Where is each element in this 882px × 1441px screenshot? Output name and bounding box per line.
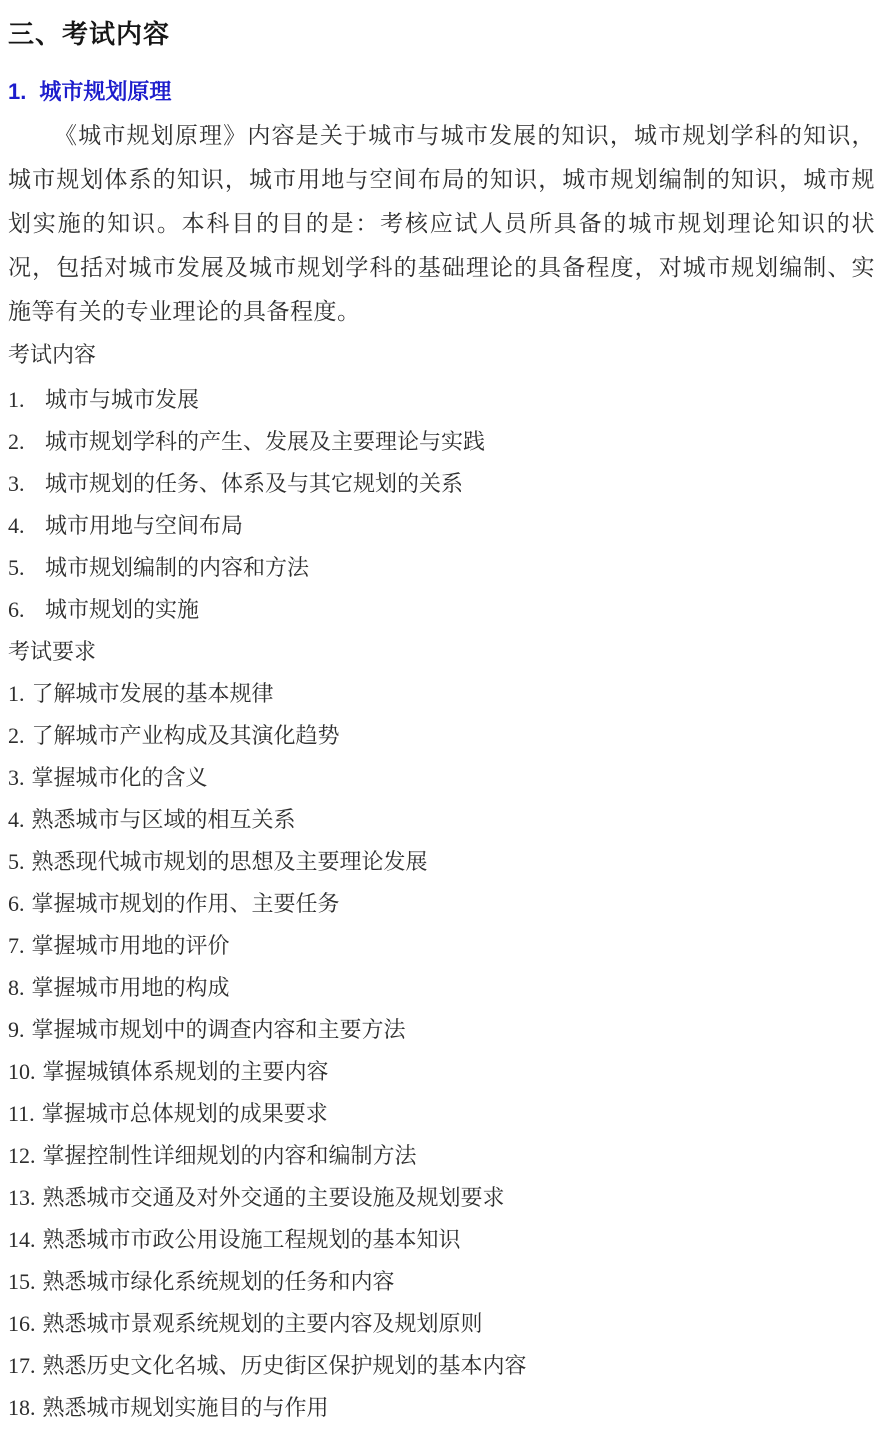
item-number: 1. bbox=[8, 379, 45, 421]
item-number: 6. bbox=[8, 883, 25, 925]
exam-requirement-item: 2.了解城市产业构成及其演化趋势 bbox=[8, 715, 875, 757]
item-number: 4. bbox=[8, 505, 45, 547]
item-number: 5. bbox=[8, 547, 45, 589]
item-text: 熟悉城市规划实施目的与作用 bbox=[43, 1395, 329, 1420]
item-text: 了解城市产业构成及其演化趋势 bbox=[32, 723, 340, 748]
item-text: 了解城市发展的基本规律 bbox=[32, 681, 274, 706]
item-text: 掌握城市规划的作用、主要任务 bbox=[32, 891, 340, 916]
item-text: 掌握城市化的含义 bbox=[32, 765, 208, 790]
item-number: 8. bbox=[8, 967, 25, 1009]
exam-content-item: 4.城市用地与空间布局 bbox=[8, 505, 875, 547]
exam-requirement-item: 8.掌握城市用地的构成 bbox=[8, 967, 875, 1009]
exam-requirement-item: 5.熟悉现代城市规划的思想及主要理论发展 bbox=[8, 841, 875, 883]
page-title: 三、考试内容 bbox=[8, 14, 875, 51]
item-number: 5. bbox=[8, 841, 25, 883]
intro-paragraph: 《城市规划原理》内容是关于城市与城市发展的知识，城市规划学科的知识，城市规划体系… bbox=[8, 114, 875, 334]
item-number: 10. bbox=[8, 1051, 36, 1093]
item-number: 4. bbox=[8, 799, 25, 841]
item-text: 熟悉历史文化名城、历史街区保护规划的基本内容 bbox=[43, 1353, 527, 1378]
item-number: 3. bbox=[8, 757, 25, 799]
exam-requirement-item: 4.熟悉城市与区域的相互关系 bbox=[8, 799, 875, 841]
item-text: 熟悉城市绿化系统规划的任务和内容 bbox=[43, 1269, 395, 1294]
exam-requirement-item: 10.掌握城镇体系规划的主要内容 bbox=[8, 1051, 875, 1093]
item-number: 13. bbox=[8, 1177, 36, 1219]
section-title: 城市规划原理 bbox=[39, 79, 171, 104]
item-text: 掌握城市规划中的调查内容和主要方法 bbox=[32, 1017, 406, 1042]
item-number: 3. bbox=[8, 463, 45, 505]
item-number: 18. bbox=[8, 1387, 36, 1429]
exam-requirement-item: 3.掌握城市化的含义 bbox=[8, 757, 875, 799]
item-number: 16. bbox=[8, 1303, 36, 1345]
item-text: 熟悉现代城市规划的思想及主要理论发展 bbox=[32, 849, 428, 874]
item-text: 熟悉城市与区域的相互关系 bbox=[32, 807, 296, 832]
item-text: 城市规划的实施 bbox=[45, 597, 199, 622]
exam-requirement-item: 6.掌握城市规划的作用、主要任务 bbox=[8, 883, 875, 925]
item-text: 城市与城市发展 bbox=[45, 387, 199, 412]
item-number: 2. bbox=[8, 421, 45, 463]
item-text: 熟悉城市景观系统规划的主要内容及规划原则 bbox=[43, 1311, 483, 1336]
exam-content-label: 考试内容 bbox=[8, 334, 875, 376]
exam-content-list: 1.城市与城市发展 2.城市规划学科的产生、发展及主要理论与实践 3.城市规划的… bbox=[8, 379, 875, 631]
exam-requirement-item: 11.掌握城市总体规划的成果要求 bbox=[8, 1093, 875, 1135]
item-text: 掌握控制性详细规划的内容和编制方法 bbox=[43, 1143, 417, 1168]
exam-requirement-item: 7.掌握城市用地的评价 bbox=[8, 925, 875, 967]
exam-content-item: 2.城市规划学科的产生、发展及主要理论与实践 bbox=[8, 421, 875, 463]
item-number: 1. bbox=[8, 673, 25, 715]
exam-content-item: 6.城市规划的实施 bbox=[8, 589, 875, 631]
item-text: 城市用地与空间布局 bbox=[45, 513, 243, 538]
item-text: 掌握城镇体系规划的主要内容 bbox=[43, 1059, 329, 1084]
exam-requirement-item: 17.熟悉历史文化名城、历史街区保护规划的基本内容 bbox=[8, 1345, 875, 1387]
item-number: 17. bbox=[8, 1345, 36, 1387]
item-text: 掌握城市总体规划的成果要求 bbox=[42, 1101, 328, 1126]
item-text: 掌握城市用地的评价 bbox=[32, 933, 230, 958]
document-page: 三、考试内容 1.城市规划原理 《城市规划原理》内容是关于城市与城市发展的知识，… bbox=[0, 0, 882, 1441]
exam-requirement-item: 18.熟悉城市规划实施目的与作用 bbox=[8, 1387, 875, 1429]
item-text: 掌握城市用地的构成 bbox=[32, 975, 230, 1000]
item-text: 城市规划编制的内容和方法 bbox=[45, 555, 309, 580]
exam-requirement-item: 16.熟悉城市景观系统规划的主要内容及规划原则 bbox=[8, 1303, 875, 1345]
exam-content-item: 1.城市与城市发展 bbox=[8, 379, 875, 421]
exam-requirements-list: 1.了解城市发展的基本规律 2.了解城市产业构成及其演化趋势 3.掌握城市化的含… bbox=[8, 673, 875, 1429]
exam-requirement-item: 15.熟悉城市绿化系统规划的任务和内容 bbox=[8, 1261, 875, 1303]
item-number: 14. bbox=[8, 1219, 36, 1261]
item-number: 7. bbox=[8, 925, 25, 967]
exam-requirement-item: 14.熟悉城市市政公用设施工程规划的基本知识 bbox=[8, 1219, 875, 1261]
item-number: 15. bbox=[8, 1261, 36, 1303]
exam-requirement-item: 9.掌握城市规划中的调查内容和主要方法 bbox=[8, 1009, 875, 1051]
item-number: 9. bbox=[8, 1009, 25, 1051]
item-number: 11. bbox=[8, 1093, 35, 1135]
item-number: 12. bbox=[8, 1135, 36, 1177]
item-text: 城市规划的任务、体系及与其它规划的关系 bbox=[45, 471, 463, 496]
item-number: 6. bbox=[8, 589, 45, 631]
item-text: 熟悉城市市政公用设施工程规划的基本知识 bbox=[43, 1227, 461, 1252]
exam-content-item: 3.城市规划的任务、体系及与其它规划的关系 bbox=[8, 463, 875, 505]
exam-requirement-item: 13.熟悉城市交通及对外交通的主要设施及规划要求 bbox=[8, 1177, 875, 1219]
section-number: 1. bbox=[8, 79, 26, 105]
exam-content-item: 5.城市规划编制的内容和方法 bbox=[8, 547, 875, 589]
section-heading: 1.城市规划原理 bbox=[8, 75, 875, 106]
exam-requirements-label: 考试要求 bbox=[8, 631, 875, 673]
exam-requirement-item: 12.掌握控制性详细规划的内容和编制方法 bbox=[8, 1135, 875, 1177]
exam-requirement-item: 1.了解城市发展的基本规律 bbox=[8, 673, 875, 715]
item-text: 城市规划学科的产生、发展及主要理论与实践 bbox=[45, 429, 485, 454]
item-text: 熟悉城市交通及对外交通的主要设施及规划要求 bbox=[43, 1185, 505, 1210]
item-number: 2. bbox=[8, 715, 25, 757]
